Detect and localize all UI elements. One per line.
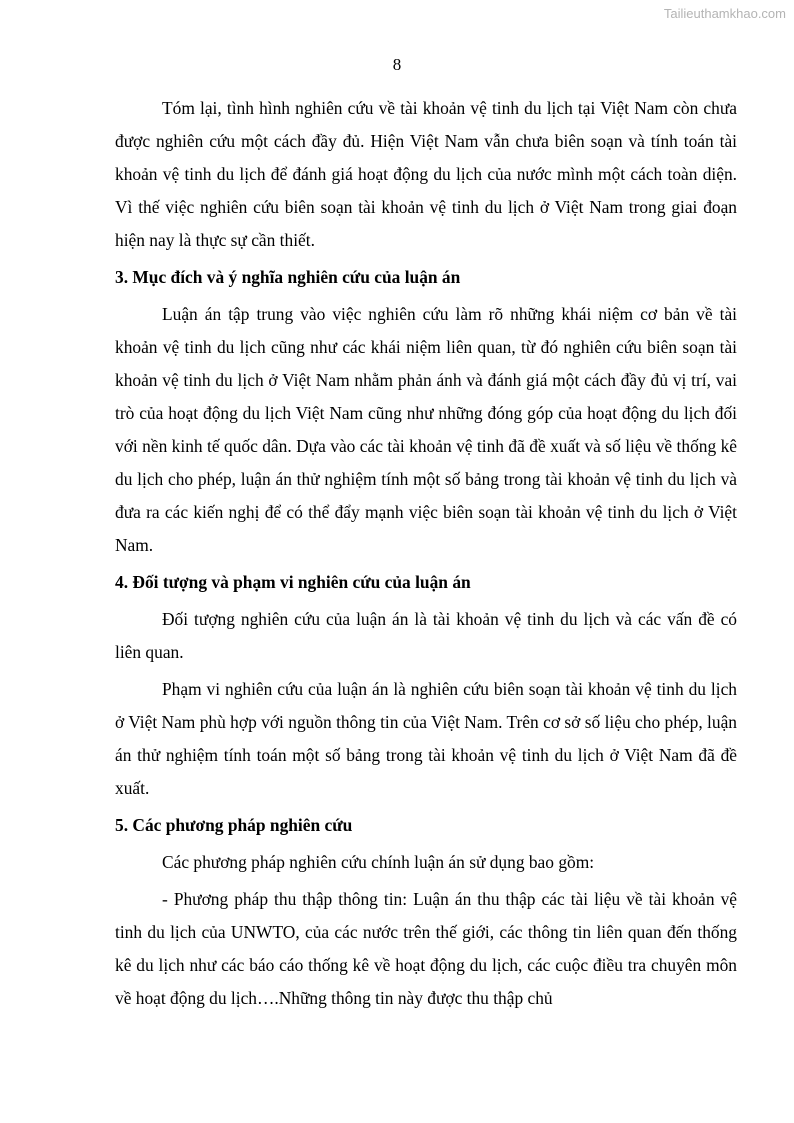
section-heading-5: 5. Các phương pháp nghiên cứu	[115, 809, 737, 842]
document-body: Tóm lại, tình hình nghiên cứu về tài kho…	[115, 92, 737, 1019]
paragraph-object: Đối tượng nghiên cứu của luận án là tài …	[115, 603, 737, 669]
paragraph-purpose: Luận án tập trung vào việc nghiên cứu là…	[115, 298, 737, 562]
section-heading-4: 4. Đối tượng và phạm vi nghiên cứu của l…	[115, 566, 737, 599]
paragraph-methods-intro: Các phương pháp nghiên cứu chính luận án…	[115, 846, 737, 879]
paragraph-summary: Tóm lại, tình hình nghiên cứu về tài kho…	[115, 92, 737, 257]
watermark: Tailieuthamkhao.com	[664, 6, 786, 21]
page-number: 8	[0, 55, 794, 75]
paragraph-scope: Phạm vi nghiên cứu của luận án là nghiên…	[115, 673, 737, 805]
section-heading-3: 3. Mục đích và ý nghĩa nghiên cứu của lu…	[115, 261, 737, 294]
paragraph-method-collection: - Phương pháp thu thập thông tin: Luận á…	[115, 883, 737, 1015]
